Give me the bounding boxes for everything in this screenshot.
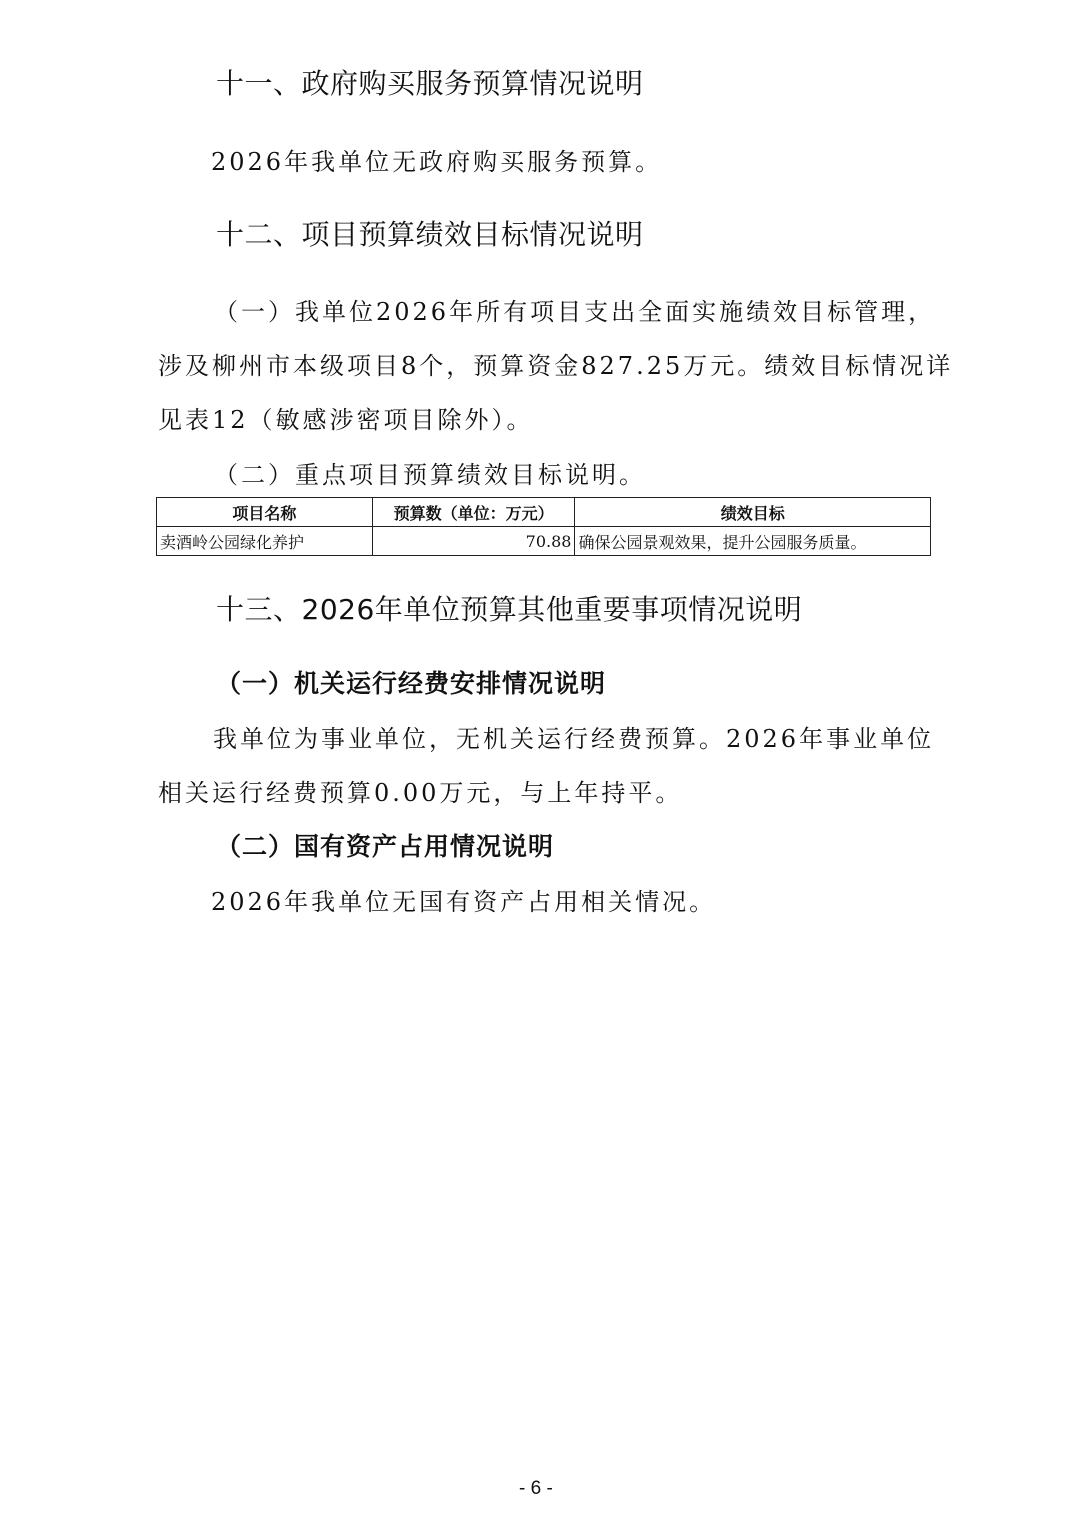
budget-cell: 70.88: [372, 527, 575, 556]
paragraph: 2026年我单位无政府购买服务预算。: [211, 142, 662, 177]
paragraph: 见表12（敏感涉密项目除外）。: [158, 400, 534, 435]
project-name-cell: 卖酒岭公园绿化养护: [157, 527, 373, 556]
paragraph: （一）我单位2026年所有项目支出全面实施绩效目标管理，: [214, 292, 935, 327]
section-heading: 十三、2026年单位预算其他重要事项情况说明: [216, 588, 802, 628]
column-header: 预算数（单位：万元）: [372, 498, 575, 527]
subsection-heading: （二）国有资产占用情况说明: [216, 827, 554, 863]
section-heading: 十二、项目预算绩效目标情况说明: [216, 213, 644, 253]
column-header: 项目名称: [157, 498, 373, 527]
goal-cell: 确保公园景观效果，提升公园服务质量。: [575, 527, 931, 556]
section-heading: 十一、政府购买服务预算情况说明: [216, 62, 644, 102]
page-number: - 6 -: [519, 1478, 553, 1500]
performance-table: 项目名称 预算数（单位：万元） 绩效目标 卖酒岭公园绿化养护 70.88 确保公…: [156, 497, 931, 556]
paragraph: 2026年我单位无国有资产占用相关情况。: [211, 882, 716, 917]
table-header-row: 项目名称 预算数（单位：万元） 绩效目标: [157, 498, 931, 527]
paragraph: 我单位为事业单位，无机关运行经费预算。2026年事业单位: [213, 719, 934, 754]
paragraph: （二）重点项目预算绩效目标说明。: [214, 455, 646, 490]
paragraph: 相关运行经费预算0.00万元，与上年持平。: [158, 773, 682, 808]
table-row: 卖酒岭公园绿化养护 70.88 确保公园景观效果，提升公园服务质量。: [157, 527, 931, 556]
paragraph: 涉及柳州市本级项目8个，预算资金827.25万元。绩效目标情况详: [158, 346, 953, 381]
subsection-heading: （一）机关运行经费安排情况说明: [216, 664, 606, 700]
column-header: 绩效目标: [575, 498, 931, 527]
